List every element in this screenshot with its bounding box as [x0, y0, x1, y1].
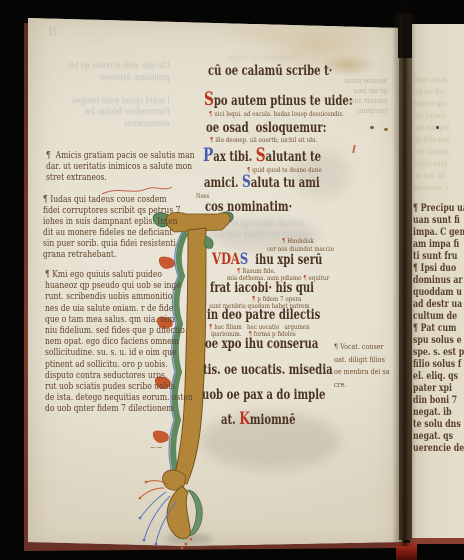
main-line: tis. oe uocatis. misedia	[203, 363, 333, 377]
text-segment: uici loqui. ad oscula. badas louep desui…	[213, 110, 344, 118]
colored-initial: S	[240, 249, 248, 268]
text-line: runt. scribendis uobis ammonitio	[45, 292, 193, 303]
ghost-text-right-page: mori aminqd inr fisctierali spoarr tupul…	[414, 76, 449, 196]
ghost-text-right-margin: tenuone muunqd shr leuapuerunt adeocorri…	[338, 78, 387, 118]
text-segment: ax tibi.	[213, 149, 255, 165]
colored-initial: S	[256, 144, 266, 166]
text-segment: po autem ptinus te uide:	[214, 93, 353, 109]
parchment-speck	[384, 128, 388, 131]
text-segment: ihu xpi serū	[248, 252, 322, 268]
text-line: sollicitudine. su. s. u. id e oim que	[45, 348, 193, 359]
text-line: do uob qnter fidem 7 dilectionem	[45, 404, 193, 415]
parchment-speck	[370, 126, 374, 129]
text-line: abnmmnrnnz	[70, 120, 169, 132]
main-line: Pax tibi. Salutant te	[203, 146, 321, 165]
margin-block-1: ¶ Amicis gratiam pacis oe salutis mandar…	[46, 151, 195, 184]
main-line: amici. Saluta tu ami	[204, 174, 320, 191]
margin-end-mark: ~·~	[150, 445, 163, 452]
text-segment: amici.	[204, 175, 242, 191]
book-gutter-fold	[399, 58, 412, 540]
faint-mark: B	[48, 26, 57, 39]
text-line: grana retrahebant.	[43, 250, 180, 261]
main-line: oe osad osloquemur:	[206, 121, 326, 135]
text-segment: quid quod te deano dane	[251, 166, 322, 174]
manuscript-photo: cū oe calamū scribe t·Spo autem ptinus t…	[0, 0, 464, 560]
colored-initial: S	[242, 172, 251, 192]
text-line: pmbtzanm delizener	[70, 74, 169, 86]
colored-initial: S	[204, 88, 214, 110]
text-line: uerencie de	[413, 444, 464, 456]
colored-initial: P	[203, 144, 213, 166]
colored-initial: K	[239, 409, 250, 429]
main-line: oe xpo ihu conserua	[205, 337, 318, 351]
main-line: cū oe calamū scribe t·	[208, 64, 332, 78]
text-segment: alutant te	[266, 149, 321, 165]
main-line: uob oe pax a do imple	[202, 388, 325, 402]
gloss-line: ¶ illo deonep. uli ouerth; nichil sit ub…	[210, 137, 317, 144]
text-line: stret extraneos.	[46, 173, 195, 184]
gutter-gap	[398, 0, 412, 58]
text-line	[70, 85, 169, 97]
ghost-text-upper-left: Ubi qub unde dzreiber qd bstpmbtzanm del…	[70, 62, 169, 131]
text-line: oe menbra dei sa	[334, 368, 390, 381]
margin-block-2: ¶ Iudas qui tadeus coue cosdemfidei corr…	[43, 195, 180, 261]
text-line: ptinent ad sollicitu. oro p uobis.	[45, 360, 193, 371]
text-line: ¶ Vocat. conser	[334, 343, 390, 356]
main-line: in deo patre dilectis	[207, 308, 320, 322]
text-segment: at.	[221, 412, 239, 428]
text-line: Ubi qub unde dzreiber qd bst	[70, 62, 169, 74]
ghost-line: onspni tim spamssevil	[226, 54, 298, 62]
margin-note-right: ¶ Vocat. conseruat. diligit filiosoe men…	[334, 343, 390, 393]
text-segment: illo deonep. uli ouerth; nichil sit ubi.	[214, 136, 318, 144]
right-page-text: ¶ Precipu uauan sunt fiimpa. C genam imp…	[413, 204, 464, 456]
main-line-iudas: VDAS ihu xpi serū	[212, 251, 322, 267]
colored-initial: VDA	[212, 249, 240, 268]
text-segment: aluta tu ami	[251, 175, 320, 191]
main-line: at. Kmiomnē	[221, 411, 295, 428]
text-line: cre.	[334, 381, 390, 394]
main-line: cos nominatim·	[205, 200, 292, 214]
ghost-line: mite ap ussum duceno	[222, 220, 304, 229]
gloss-line: ¶ quid quod te deano dane	[247, 167, 322, 174]
text-line: memorie s	[414, 184, 449, 196]
red-bookmark-ribbon	[396, 543, 417, 560]
main-line: frat iacobi· his qui	[210, 281, 314, 295]
text-line: corripiunc	[338, 108, 387, 118]
margin-block-3: ¶ Kmi ego quiuis saluti puideohuaneoz qp…	[45, 270, 193, 415]
text-line: Hmtnrmdcnc fidchnc bw	[70, 108, 169, 120]
main-line: Spo autem ptinus te uide:	[204, 90, 353, 109]
text-segment: miomnē	[250, 412, 296, 428]
facing-page-red-edge	[410, 538, 464, 544]
ghost-line: quos oim posta rem andime	[208, 231, 309, 240]
gloss-line: ¶ uici loqui. ad oscula. badas louep des…	[209, 111, 344, 118]
